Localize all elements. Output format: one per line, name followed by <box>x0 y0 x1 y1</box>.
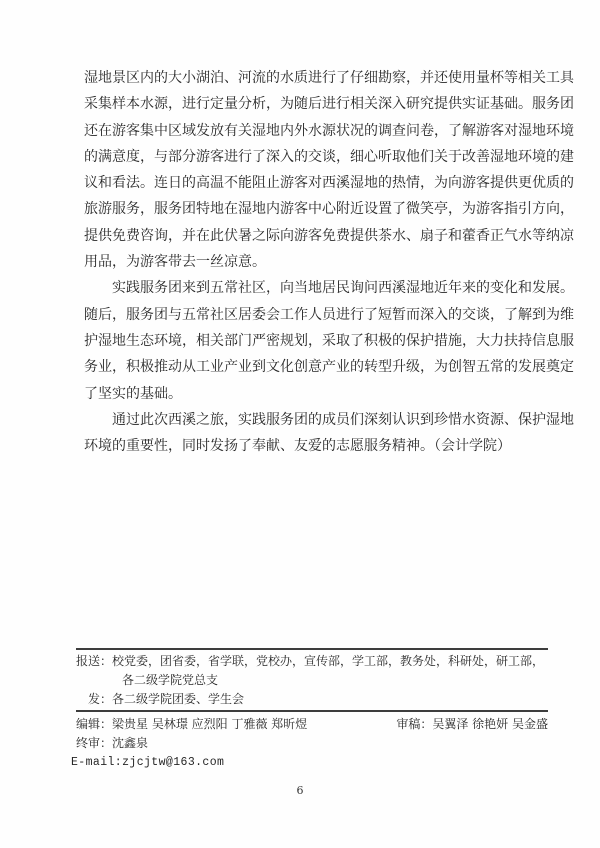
body-line: 议和看法。连日的高温不能阻止游客对西溪湿地的热情，为向游客提供更优质的 <box>84 170 518 196</box>
body-line-paragraph-start: 通过此次西溪之旅，实践服务团的成员们深刻认识到珍惜水资源、保护湿地 <box>84 407 518 433</box>
body-line: 随后，服务团与五常社区居委会工作人员进行了短暂而深入的交谈，了解到为维 <box>84 302 518 328</box>
report-to-label: 报送： <box>76 654 112 668</box>
report-to-list: 校党委，团省委，省学联，党校办，宣传部，学工部，教务处，科研处，研工部， <box>112 654 544 668</box>
body-line-paragraph-start: 实践服务团来到五常社区，向当地居民询问西溪湿地近年来的变化和发展。 <box>84 275 518 301</box>
body-line-paragraph-end: 用品，为游客带去一丝凉意。 <box>84 249 518 275</box>
page-number: 6 <box>0 784 600 797</box>
body-line: 还在游客集中区域发放有关湿地内外水源状况的调查问卷，了解游客对湿地环境 <box>84 118 518 144</box>
issue-to-list: 各二级学院团委、学生会 <box>112 692 244 706</box>
report-to-line-continued: 各二级学院党总支 <box>76 671 548 690</box>
issue-to-line: 发：各二级学院团委、学生会 <box>76 690 548 709</box>
body-line: 湿地景区内的大小湖泊、河流的水质进行了仔细勘察，并还使用量杯等相关工具 <box>84 65 518 91</box>
body-line: 旅游服务，服务团特地在湿地内游客中心附近设置了微笑亭，为游客指引方向， <box>84 196 518 222</box>
email-line: E-mail:zjcjtw@163.com <box>71 753 548 772</box>
reviewers-names: 审稿：吴翼泽 徐艳妍 吴金盛 <box>396 715 548 734</box>
issue-to-label: 发： <box>88 692 112 706</box>
body-line: 提供免费咨询，并在此伏暑之际向游客免费提供茶水、扇子和藿香正气水等纳凉 <box>84 223 518 249</box>
document-page: 湿地景区内的大小湖泊、河流的水质进行了仔细勘察，并还使用量杯等相关工具 采集样本… <box>0 0 600 848</box>
editors-reviewers-line: 编辑：梁贵星 吴林璟 应烈阳 丁雅薇 郑昕煜 审稿：吴翼泽 徐艳妍 吴金盛 <box>76 715 548 734</box>
editors-names: 编辑：梁贵星 吴林璟 应烈阳 丁雅薇 郑昕煜 <box>76 715 307 734</box>
body-line: 护湿地生态环境，相关部门严密规划，采取了积极的保护措施，大力扶持信息服 <box>84 328 518 354</box>
body-line: 务业，积极推动从工业产业到文化创意产业的转型升级，为创智五常的发展奠定 <box>84 354 518 380</box>
body-line: 的满意度，与部分游客进行了深入的交谈，细心听取他们关于改善湿地环境的建 <box>84 144 518 170</box>
body-line-paragraph-end: 环境的重要性，同时发扬了奉献、友爱的志愿服务精神。（会计学院） <box>84 433 518 459</box>
footer-distribution-section: 报送：校党委，团省委，省学联，党校办，宣传部，学工部，教务处，科研处，研工部， … <box>76 648 548 712</box>
footer-block: 报送：校党委，团省委，省学联，党校办，宣传部，学工部，教务处，科研处，研工部， … <box>76 648 548 772</box>
body-line-paragraph-end: 了坚实的基础。 <box>84 381 518 407</box>
body-text: 湿地景区内的大小湖泊、河流的水质进行了仔细勘察，并还使用量杯等相关工具 采集样本… <box>84 65 518 459</box>
final-review-line: 终审：沈鑫泉 <box>76 734 548 753</box>
body-line: 采集样本水源，进行定量分析，为随后进行相关深入研究提供实证基础。服务团 <box>84 91 518 117</box>
report-to-line: 报送：校党委，团省委，省学联，党校办，宣传部，学工部，教务处，科研处，研工部， <box>76 652 548 671</box>
